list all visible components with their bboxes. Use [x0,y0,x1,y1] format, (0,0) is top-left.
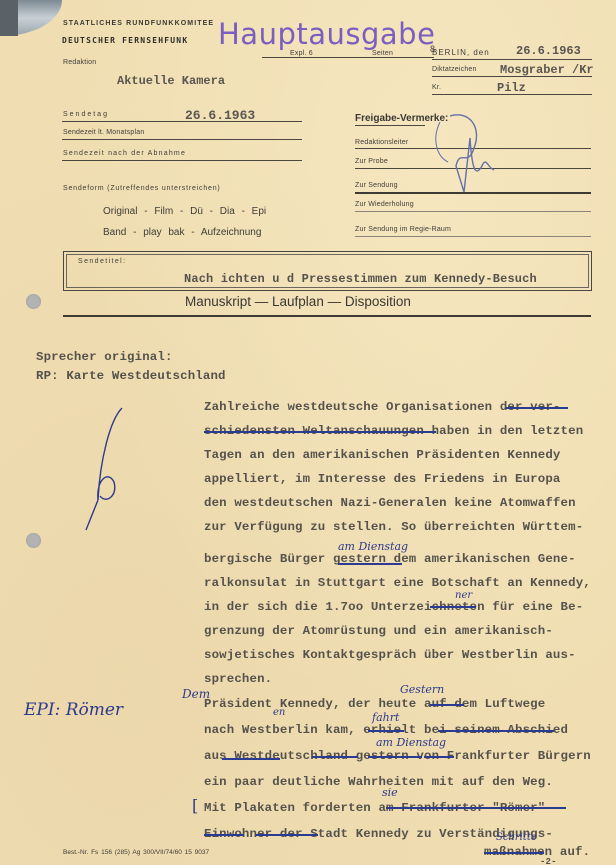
handwritten-insert: Gestern [400,683,444,696]
date-line [432,59,592,60]
strikethrough [312,756,358,758]
handwritten-insert: am Dienstag [338,540,408,553]
text-line: sprechen. [204,672,272,686]
text-line: Präsident Kennedy, der heute auf dem Luf… [204,697,545,711]
sendetag-label: Sendetag [63,111,109,118]
handwritten-insert: ner [455,590,472,601]
stamp-hauptausgabe: Hauptausgabe [218,17,435,51]
place-label: BERLIN, den [432,48,490,57]
strikethrough [204,431,436,433]
text-line: Tagen an den amerikanischen Präsidenten … [204,448,561,462]
freigabe-item: Zur Sendung [355,182,398,189]
scanner-edge [0,0,18,36]
sendeform-options-row2: Band - play bak - Aufzeichnung [103,227,261,238]
sendeform-options-row1: Original - Film - Dü - Dia - Epi [103,206,266,217]
strikethrough [424,756,454,758]
text-line: in der sich die 1.7oo Unterzeichneten fü… [204,600,583,614]
speaker-label: Sprecher original: [36,350,173,364]
punch-hole [26,294,41,309]
title-rule [63,315,591,317]
strikethrough [430,704,464,706]
sendetitel-value: Nach ichten u d Pressestimmen zum Kenned… [184,272,537,286]
sendetag-line [62,121,302,122]
signature [430,108,510,198]
diktat-line [432,76,592,77]
freigabe-line [355,236,591,237]
strikethrough [222,758,280,760]
kr-label: Kr. [432,84,441,91]
expl-value: 6 [309,50,313,57]
handwritten-insert: am Dienstag [376,736,446,749]
header-date: 26.6.1963 [516,44,581,58]
strikethrough [484,852,544,854]
sendezeit-plan-label: Sendezeit lt. Monatsplan [63,129,144,136]
sendeform-label: Sendeform (Zutreffendes unterstreichen) [63,185,221,192]
margin-number-six [80,400,130,540]
rp-instruction: RP: Karte Westdeutschland [36,369,226,383]
sendezeit-abnahme-label: Sendezeit nach der Abnahme [63,150,186,157]
kr-line [432,94,592,95]
kr-value: Pilz [497,81,526,95]
strikethrough [338,563,402,565]
strikethrough-wavy [204,834,244,836]
handwritten-insert: Dem [182,687,210,701]
text-line: sowjetisches Kontaktgespräch über Westbe… [204,648,576,662]
strikethrough-wavy [386,807,566,809]
handwritten-insert: sie [382,786,398,799]
paragraph-bracket-mark: [ [192,796,198,815]
redaktion-label: Redaktion [63,59,96,66]
freigabe-item: Zur Probe [355,158,388,165]
expl-label: Expl. 6 [290,50,313,57]
document-type: Manuskript — Laufplan — Disposition [185,294,411,309]
seiten-label: Seiten [372,50,393,57]
handwritten-insert: en [273,707,285,718]
sendezeit-plan-line [62,139,302,140]
freigabe-item: Redaktionsleiter [355,139,408,146]
freigabe-item: Zur Sendung im Regie-Raum [355,226,451,233]
handwritten-insert: Schritte [496,832,537,843]
freigabe-item: Zur Wiederholung [355,201,414,208]
footer-order-number: Best.-Nr. Fs 156 (285) Ag 300/VII/74/60 … [63,849,209,856]
text-line: ein paar deutliche Wahrheiten mit auf de… [204,775,553,789]
sendetitel-label: Sendetitel: [78,258,126,265]
strikethrough [368,730,404,732]
text-line: grenzung der Atomrüstung und ein amerika… [204,624,553,638]
strikethrough [430,606,476,608]
text-line: appelliert, im Interesse des Friedens in… [204,472,561,486]
text-line: den westdeutschen Nazi-Generalen keine A… [204,496,576,510]
freigabe-underline [355,125,425,126]
text-line: ralkonsulat in Stuttgart eine Botschaft … [204,576,591,590]
strikethrough [438,730,554,732]
sendezeit-abnahme-line [62,160,302,161]
strikethrough [368,756,422,758]
expl-label-text: Expl. [290,50,307,57]
org-line-1: STAATLICHES RUNDFUNKKOMITEE [63,20,214,27]
punch-hole [26,533,41,548]
diktat-value: Mosgraber /Kr [500,63,594,77]
org-line-2: DEUTSCHER FERNSEHFUNK [62,36,188,45]
strikethrough-wavy [256,834,318,836]
margin-note-epi: EPI: Römer [24,700,123,720]
expl-line [262,57,434,58]
diktat-label: Diktatzeichen [432,66,477,73]
redaktion-value: Aktuelle Kamera [117,74,225,88]
text-line: zur Verfügung zu stellen. So überreichte… [204,520,583,534]
freigabe-line [355,211,591,212]
handwritten-insert: fahrt [372,711,399,724]
page-marker: -2- [540,857,557,865]
strikethrough [506,407,568,409]
